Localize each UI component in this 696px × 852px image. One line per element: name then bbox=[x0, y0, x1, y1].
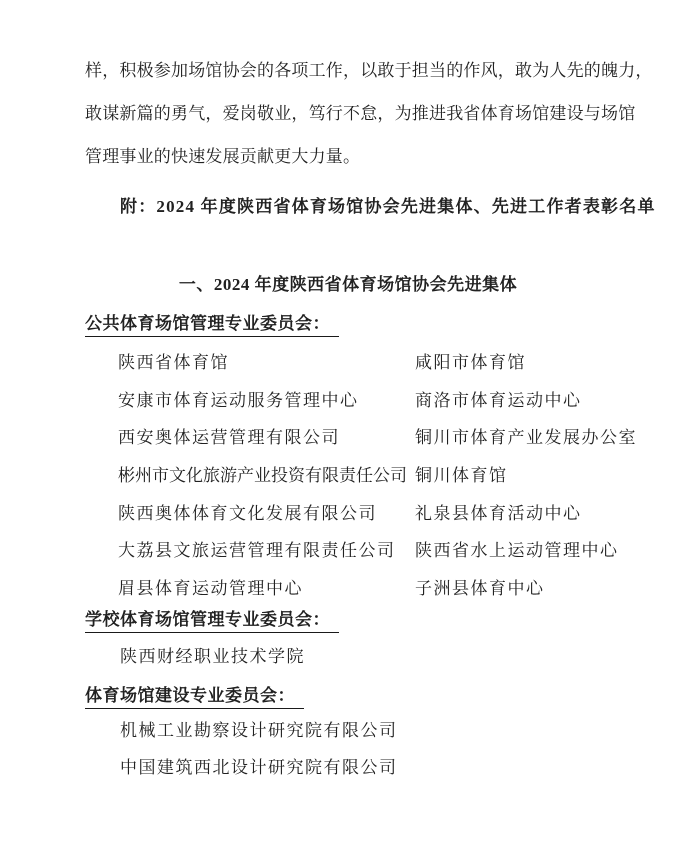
document-page: 样，积极参加场馆协会的各项工作，以敢于担当的作风，敢为人先的魄力， 敢谋新篇的勇… bbox=[0, 0, 696, 852]
awardee-table: 陕西省体育馆 咸阳市体育馆 安康市体育运动服务管理中心 商洛市体育运动中心 西安… bbox=[118, 351, 658, 614]
awardee-name: 铜川市体育产业发展办公室 bbox=[415, 426, 658, 450]
awardee-name: 眉县体育运动管理中心 bbox=[118, 577, 415, 601]
section-one-heading: 一、2024 年度陕西省体育场馆协会先进集体 bbox=[0, 271, 696, 298]
awardee-name: 中国建筑西北设计研究院有限公司 bbox=[120, 756, 398, 780]
committee-title-school-venues: 学校体育场馆管理专业委员会： bbox=[85, 608, 339, 633]
awardee-name: 礼泉县体育活动中心 bbox=[415, 502, 658, 526]
awardee-name: 彬州市文化旅游产业投资有限责任公司 bbox=[118, 464, 415, 488]
awardee-name: 咸阳市体育馆 bbox=[415, 351, 658, 375]
table-row: 陕西奥体体育文化发展有限公司 礼泉县体育活动中心 bbox=[118, 502, 658, 540]
awardee-name: 安康市体育运动服务管理中心 bbox=[118, 389, 415, 413]
table-row: 陕西省体育馆 咸阳市体育馆 bbox=[118, 351, 658, 389]
awardee-name: 大荔县文旅运营管理有限责任公司 bbox=[118, 539, 415, 563]
table-row: 安康市体育运动服务管理中心 商洛市体育运动中心 bbox=[118, 389, 658, 427]
awardee-name: 陕西财经职业技术学院 bbox=[120, 645, 305, 669]
awardee-name: 商洛市体育运动中心 bbox=[415, 389, 658, 413]
table-row: 彬州市文化旅游产业投资有限责任公司 铜川体育馆 bbox=[118, 464, 658, 502]
table-row: 西安奥体运营管理有限公司 铜川市体育产业发展办公室 bbox=[118, 426, 658, 464]
awardee-name: 陕西奥体体育文化发展有限公司 bbox=[118, 502, 415, 526]
committee-title-text: 学校体育场馆管理专业委员会： bbox=[85, 608, 339, 633]
awardee-name: 机械工业勘察设计研究院有限公司 bbox=[120, 719, 398, 743]
closing-paragraph: 样，积极参加场馆协会的各项工作，以敢于担当的作风，敢为人先的魄力， 敢谋新篇的勇… bbox=[85, 49, 625, 178]
committee-title-public-venues: 公共体育场馆管理专业委员会： bbox=[85, 312, 339, 337]
committee-title-text: 公共体育场馆管理专业委员会： bbox=[85, 312, 339, 337]
awardee-name: 铜川体育馆 bbox=[415, 464, 658, 488]
paragraph-line: 管理事业的快速发展贡献更大力量。 bbox=[85, 135, 625, 178]
paragraph-line: 敢谋新篇的勇气，爱岗敬业，笃行不怠，为推进我省体育场馆建设与场馆 bbox=[85, 92, 625, 135]
committee-title-text: 体育场馆建设专业委员会： bbox=[85, 684, 304, 709]
awardee-name: 陕西省水上运动管理中心 bbox=[415, 539, 658, 563]
attachment-heading: 附：2024 年度陕西省体育场馆协会先进集体、先进工作者表彰名单 bbox=[120, 193, 656, 220]
table-row: 大荔县文旅运营管理有限责任公司 陕西省水上运动管理中心 bbox=[118, 539, 658, 577]
awardee-name: 西安奥体运营管理有限公司 bbox=[118, 426, 415, 450]
awardee-name: 陕西省体育馆 bbox=[118, 351, 415, 375]
awardee-name: 子洲县体育中心 bbox=[415, 577, 658, 601]
paragraph-line: 样，积极参加场馆协会的各项工作，以敢于担当的作风，敢为人先的魄力， bbox=[85, 49, 625, 92]
committee-title-venue-construction: 体育场馆建设专业委员会： bbox=[85, 684, 304, 709]
